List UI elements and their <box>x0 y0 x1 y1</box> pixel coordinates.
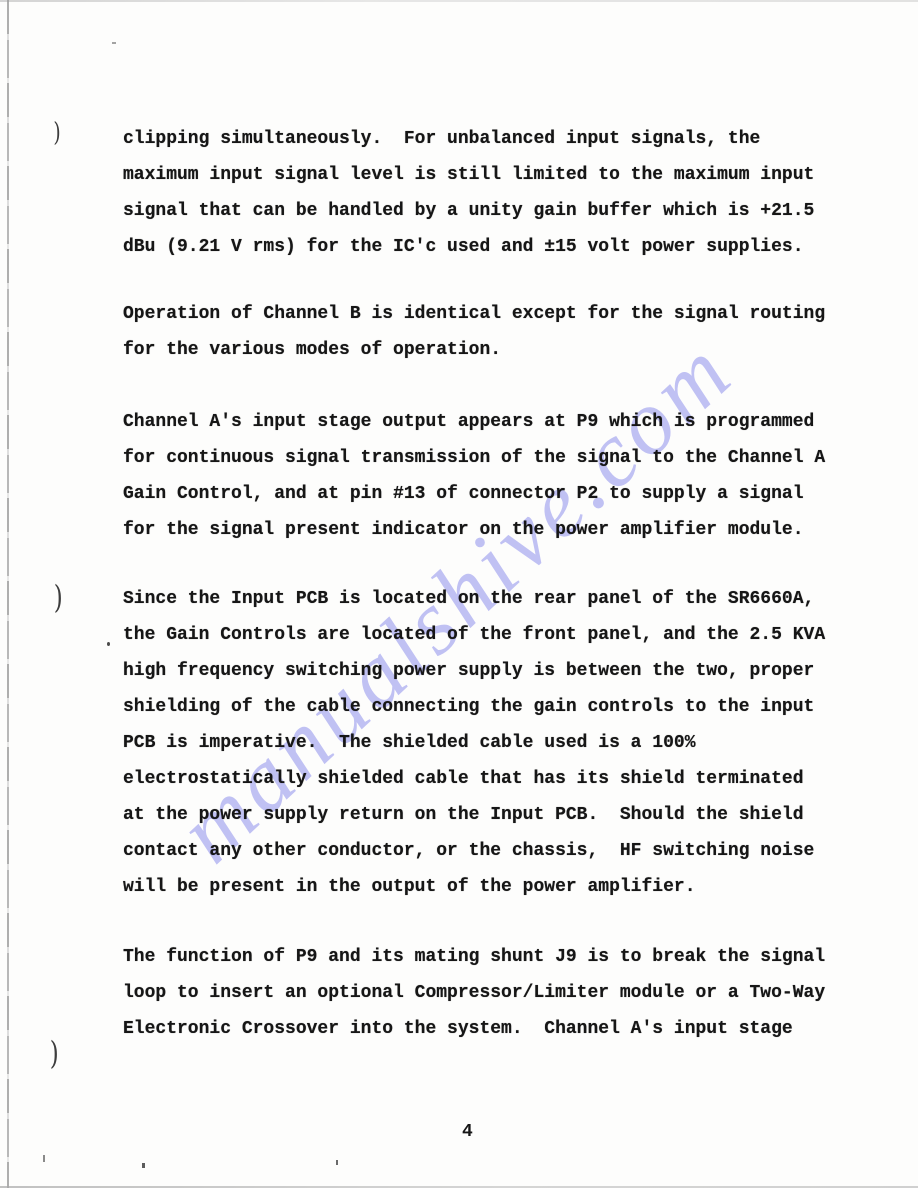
scan-speck <box>336 1160 338 1165</box>
paragraph-channel-b: Operation of Channel B is identical exce… <box>123 296 883 368</box>
margin-mark-3: ) <box>50 1034 59 1072</box>
margin-mark-2: ) <box>54 578 63 616</box>
page-number: 4 <box>462 1122 473 1142</box>
scanned-manual-page: manualshive.com ) ) ) clipping simultane… <box>0 0 918 1188</box>
paragraph-shielding: Since the Input PCB is located on the re… <box>123 581 883 905</box>
paragraph-p9-function: The function of P9 and its mating shunt … <box>123 939 883 1047</box>
margin-mark-1: ) <box>53 118 60 148</box>
scan-speck <box>43 1155 45 1162</box>
paragraph-clipping-limits: clipping simultaneously. For unbalanced … <box>123 121 883 265</box>
scan-speck <box>142 1163 145 1168</box>
scan-left-margin-line <box>7 0 9 1188</box>
paragraph-channel-a-p9: Channel A's input stage output appears a… <box>123 404 883 548</box>
scan-speck <box>112 42 116 44</box>
scan-edge-top <box>0 0 918 2</box>
scan-speck <box>107 642 110 646</box>
